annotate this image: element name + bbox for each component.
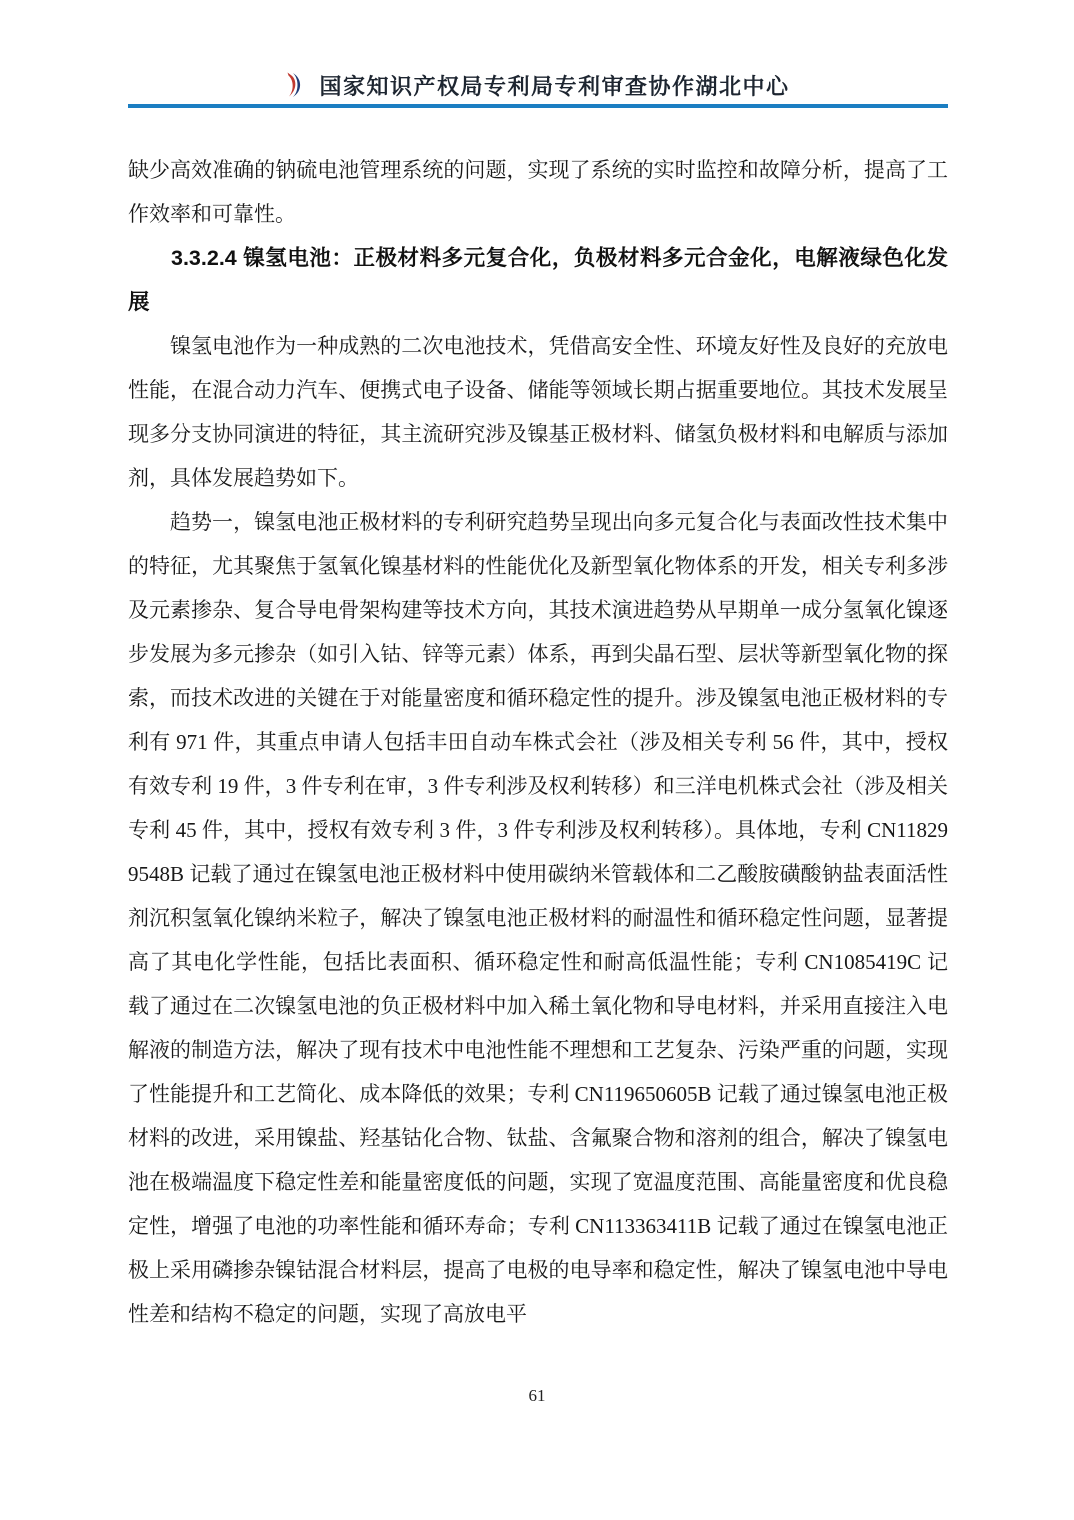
section-heading-3-3-2-4: 3.3.2.4 镍氢电池：正极材料多元复合化，负极材料多元合金化，电解液绿色化发… <box>128 236 948 324</box>
header-inner: 国家知识产权局专利局专利审查协作湖北中心 <box>0 0 1074 101</box>
paragraph-continuation: 缺少高效准确的钠硫电池管理系统的问题，实现了系统的实时监控和故障分析，提高了工作… <box>128 148 948 236</box>
paragraph-trend-one: 趋势一，镍氢电池正极材料的专利研究趋势呈现出向多元复合化与表面改性技术集中的特征… <box>128 500 948 1336</box>
header-title: 国家知识产权局专利局专利审查协作湖北中心 <box>319 70 789 101</box>
document-page: 国家知识产权局专利局专利审查协作湖北中心 缺少高效准确的钠硫电池管理系统的问题，… <box>0 0 1074 1520</box>
document-body: 缺少高效准确的钠硫电池管理系统的问题，实现了系统的实时监控和故障分析，提高了工作… <box>128 148 948 1336</box>
paragraph-overview: 镍氢电池作为一种成熟的二次电池技术，凭借高安全性、环境友好性及良好的充放电性能，… <box>128 324 948 500</box>
page-number: 61 <box>529 1386 546 1405</box>
page-footer: 61 <box>0 1386 1074 1406</box>
header-divider-rule <box>128 104 948 108</box>
sipo-logo-icon <box>284 71 306 99</box>
page-header: 国家知识产权局专利局专利审查协作湖北中心 <box>0 0 1074 108</box>
